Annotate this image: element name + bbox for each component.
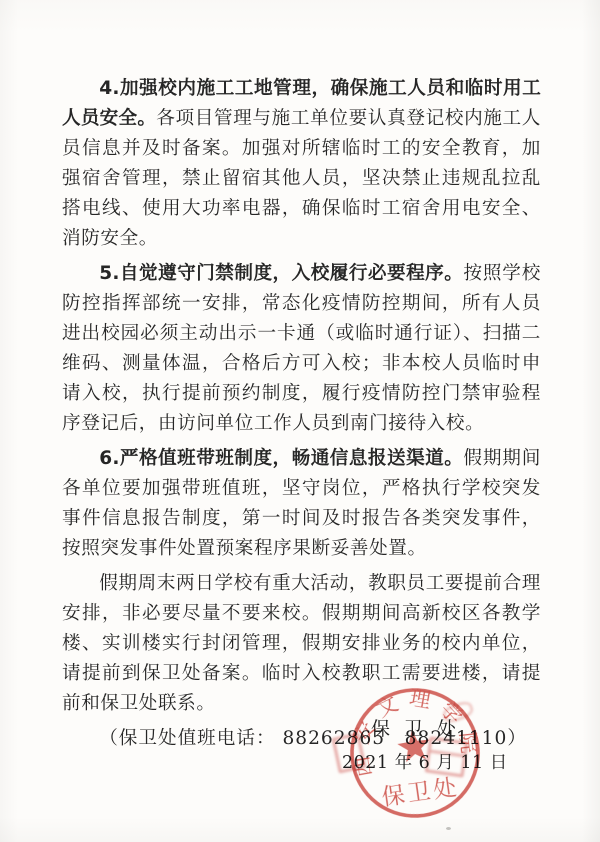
- scan-speck: [446, 827, 451, 830]
- seal-star-icon: [396, 728, 432, 763]
- lead-sentence: 5.自觉遵守门禁制度，入校履行必要程序。: [99, 263, 463, 284]
- paragraph: 4.加强校内施工工地管理，确保施工人员和临时用工人员安全。各项目管理与施工单位要…: [62, 74, 541, 254]
- seal-arc-text: 西安文理学院: [340, 677, 483, 779]
- lead-sentence: 6.严格值班带班制度，畅通信息报送渠道。: [99, 448, 463, 469]
- official-seal: 西安文理学院 保卫处: [337, 675, 493, 831]
- paragraph: 5.自觉遵守门禁制度，入校履行必要程序。按照学校防控指挥部统一安排，常态化疫情防…: [62, 259, 541, 439]
- paragraph-text: 各项目管理与施工单位要认真登记校内施工人员信息并及时备案。加强对所辖临时工的安全…: [62, 108, 541, 249]
- document-body: 4.加强校内施工工地管理，确保施工人员和临时用工人员安全。各项目管理与施工单位要…: [62, 74, 541, 754]
- scanned-document-page: 4.加强校内施工工地管理，确保施工人员和临时用工人员安全。各项目管理与施工单位要…: [0, 0, 600, 842]
- paragraph-text: 按照学校防控指挥部统一安排，常态化疫情防控期间，所有人员进出校园必须主动出示一卡…: [62, 263, 541, 434]
- paragraph: 6.严格值班带班制度，畅通信息报送渠道。假期期间各单位要加强带班值班，坚守岗位，…: [62, 444, 541, 564]
